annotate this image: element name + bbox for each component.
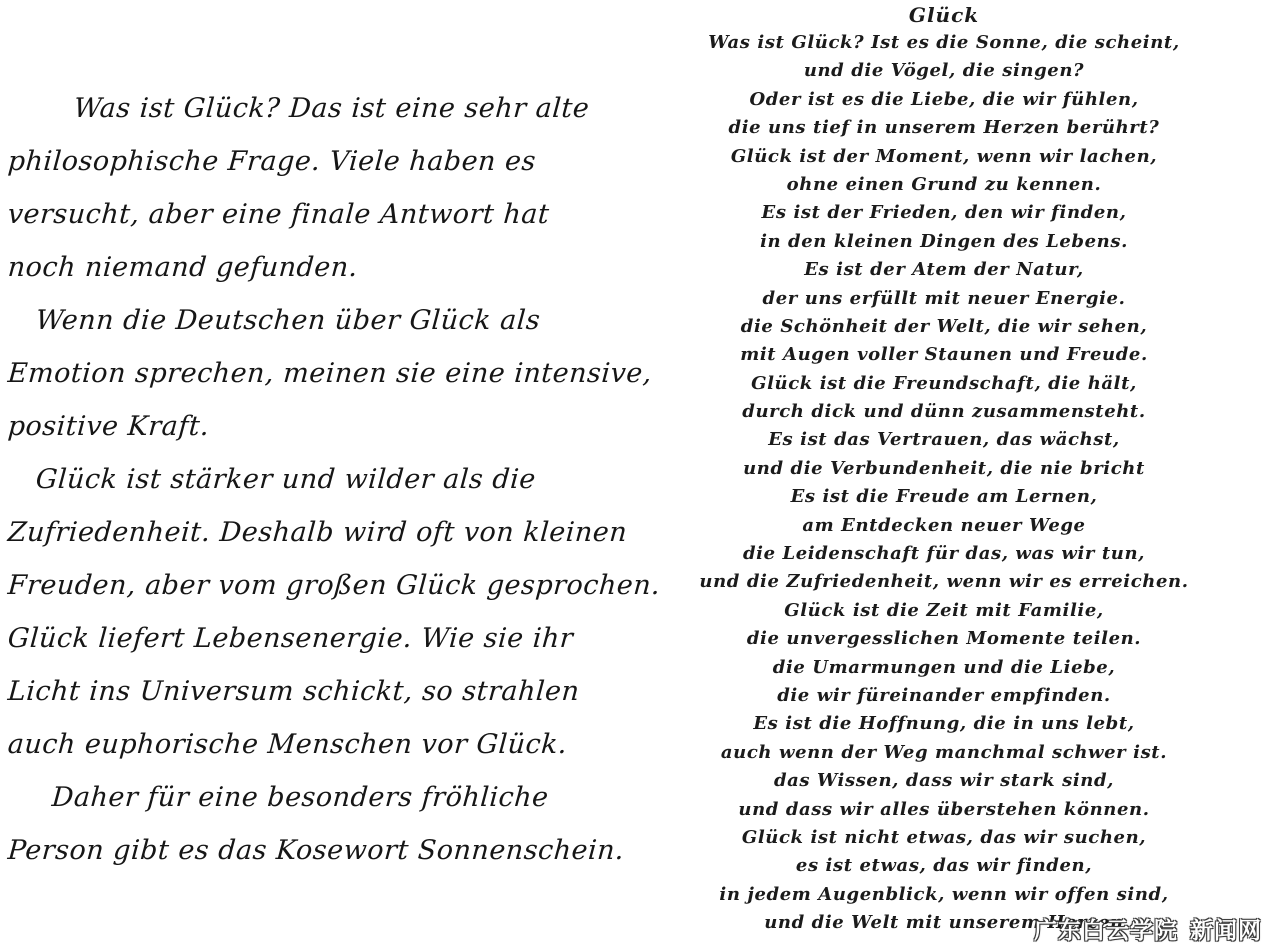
poem-line: Glück ist die Zeit mit Familie, bbox=[642, 597, 1246, 625]
poem-line: der uns erfüllt mit neuer Energie. bbox=[642, 285, 1246, 313]
poem-line: Es ist die Hoffnung, die in uns lebt, bbox=[642, 710, 1246, 738]
poem-line: in den kleinen Dingen des Lebens. bbox=[642, 228, 1246, 256]
poem-line: Es ist die Freude am Lernen, bbox=[642, 483, 1246, 511]
poem-line: in jedem Augenblick, wenn wir offen sind… bbox=[642, 881, 1246, 909]
poem-line: ohne einen Grund zu kennen. bbox=[642, 171, 1246, 199]
handwritten-line: Daher für eine besonders fröhliche bbox=[6, 771, 652, 824]
poem-line: das Wissen, dass wir stark sind, bbox=[642, 767, 1246, 795]
poem-line: die Leidenschaft für das, was wir tun, bbox=[642, 540, 1246, 568]
poem-line: die Schönheit der Welt, die wir sehen, bbox=[642, 313, 1246, 341]
handwritten-line: versucht, aber eine finale Antwort hat bbox=[6, 188, 652, 241]
poem-line: mit Augen voller Staunen und Freude. bbox=[642, 341, 1246, 369]
poem-line: Was ist Glück? Ist es die Sonne, die sch… bbox=[642, 29, 1246, 57]
poem-line: am Entdecken neuer Wege bbox=[642, 512, 1246, 540]
poem-line: die uns tief in unserem Herzen berührt? bbox=[642, 114, 1246, 142]
handwritten-line: auch euphorische Menschen vor Glück. bbox=[6, 718, 652, 771]
poem-line: Es ist das Vertrauen, das wächst, bbox=[642, 426, 1246, 454]
poem-line: die Umarmungen und die Liebe, bbox=[642, 654, 1246, 682]
handwritten-line: Licht ins Universum schickt, so strahlen bbox=[6, 665, 652, 718]
handwritten-line: Wenn die Deutschen über Glück als bbox=[6, 294, 652, 347]
poem-line: die wir füreinander empfinden. bbox=[642, 682, 1246, 710]
poem-line: Glück ist die Freundschaft, die hält, bbox=[642, 370, 1246, 398]
handwritten-line: Glück ist stärker und wilder als die bbox=[6, 453, 652, 506]
handwritten-line: Glück liefert Lebensenergie. Wie sie ihr bbox=[6, 612, 652, 665]
left-page: Was ist Glück? Das ist eine sehr alte ph… bbox=[6, 82, 648, 877]
poem-line: Es ist der Atem der Natur, bbox=[642, 256, 1246, 284]
poem-line: Es ist der Frieden, den wir finden, bbox=[642, 199, 1246, 227]
poem-title: Glück bbox=[642, 0, 1246, 29]
poem-line: und die Verbundenheit, die nie bricht bbox=[642, 455, 1246, 483]
handwritten-line: Person gibt es das Kosewort Sonnenschein… bbox=[6, 824, 652, 877]
poem-line: und die Vögel, die singen? bbox=[642, 57, 1246, 85]
handwritten-line: Was ist Glück? Das ist eine sehr alte bbox=[6, 82, 652, 135]
poem-line: Oder ist es die Liebe, die wir fühlen, bbox=[642, 86, 1246, 114]
handwritten-line: positive Kraft. bbox=[6, 400, 652, 453]
poem-line: es ist etwas, das wir finden, bbox=[642, 852, 1246, 880]
handwritten-line: noch niemand gefunden. bbox=[6, 241, 652, 294]
poem-line: Glück ist nicht etwas, das wir suchen, bbox=[642, 824, 1246, 852]
poem-line: und die Zufriedenheit, wenn wir es errei… bbox=[642, 568, 1246, 596]
poem-line: Glück ist der Moment, wenn wir lachen, bbox=[642, 143, 1246, 171]
poem-line: auch wenn der Weg manchmal schwer ist. bbox=[642, 739, 1246, 767]
handwritten-line: Zufriedenheit. Deshalb wird oft von klei… bbox=[6, 506, 652, 559]
handwritten-line: philosophische Frage. Viele haben es bbox=[6, 135, 652, 188]
poem-line: die unvergesslichen Momente teilen. bbox=[642, 625, 1246, 653]
watermark-section: 新闻网 bbox=[1190, 918, 1262, 944]
watermark: 广东白云学院新闻网 bbox=[1034, 912, 1262, 945]
poem-line: durch dick und dünn zusammensteht. bbox=[642, 398, 1246, 426]
handwritten-line: Emotion sprechen, meinen sie eine intens… bbox=[6, 347, 652, 400]
document-scan: Was ist Glück? Das ist eine sehr alte ph… bbox=[0, 0, 1266, 947]
poem-line: und dass wir alles überstehen können. bbox=[642, 796, 1246, 824]
watermark-site-name: 广东白云学院 bbox=[1034, 918, 1178, 944]
handwritten-line: Freuden, aber vom großen Glück gesproche… bbox=[6, 559, 652, 612]
right-page: Glück Was ist Glück? Ist es die Sonne, d… bbox=[642, 0, 1246, 938]
